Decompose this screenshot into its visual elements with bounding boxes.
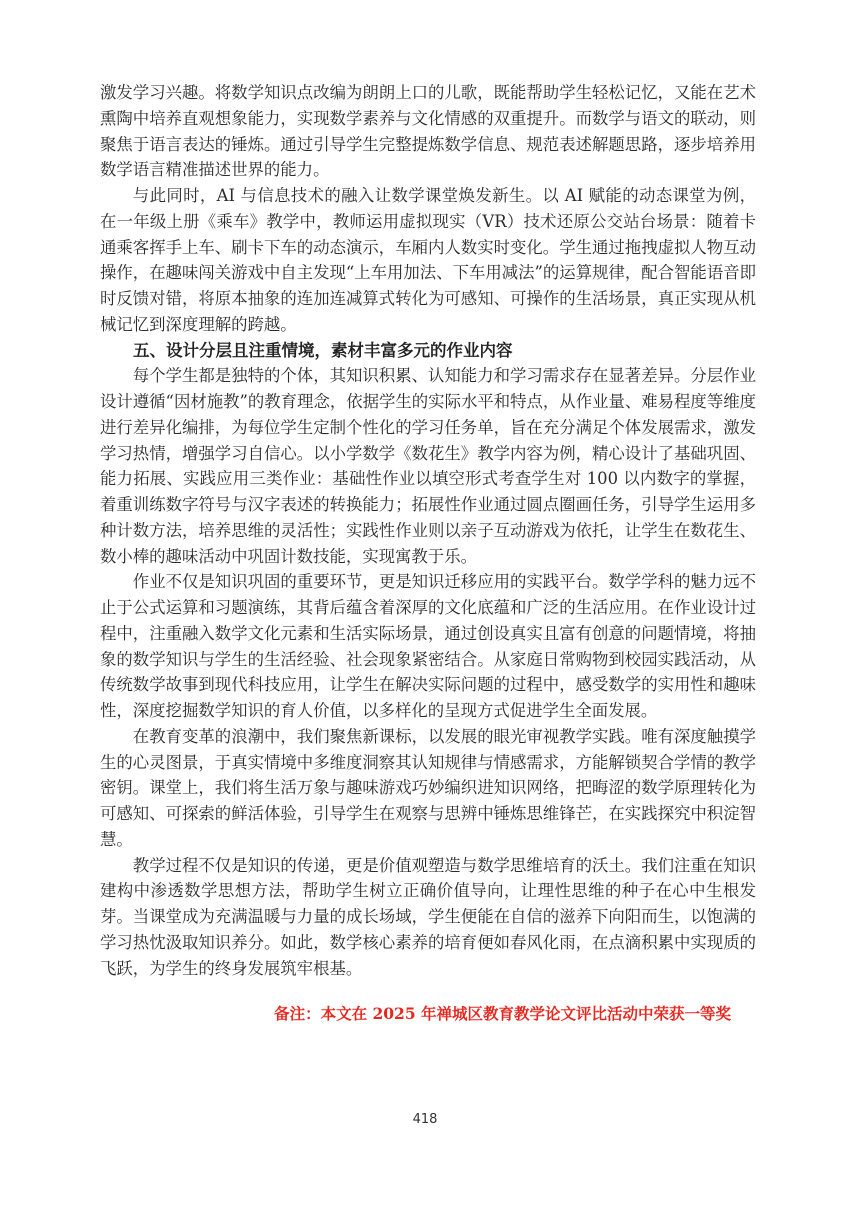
paragraph: 激发学习兴趣。将数学知识点改编为朗朗上口的儿歌，既能帮助学生轻松记忆，又能在艺术… [100, 80, 756, 183]
page-number: 418 [0, 1112, 850, 1127]
award-note: 备注：本文在 2025 年禅城区教育教学论文评比活动中荣获一等奖 [100, 1001, 756, 1026]
paragraph: 教学过程不仅是知识的传递，更是价值观塑造与数学思维培育的沃土。我们注重在知识建构… [100, 853, 756, 982]
paragraph: 每个学生都是独特的个体，其知识积累、认知能力和学习需求存在显著差异。分层作业设计… [100, 363, 756, 569]
document-body: 激发学习兴趣。将数学知识点改编为朗朗上口的儿歌，既能帮助学生轻松记忆，又能在艺术… [100, 80, 756, 1026]
paragraph: 作业不仅是知识巩固的重要环节，更是知识迁移应用的实践平台。数学学科的魅力远不止于… [100, 569, 756, 724]
paragraph: 与此同时，AI 与信息技术的融入让数学课堂焕发新生。以 AI 赋能的动态课堂为例… [100, 183, 756, 338]
paragraph: 在教育变革的浪潮中，我们聚焦新课标，以发展的眼光审视教学实践。唯有深度触摸学生的… [100, 724, 756, 853]
document-page: 激发学习兴趣。将数学知识点改编为朗朗上口的儿歌，既能帮助学生轻松记忆，又能在艺术… [0, 0, 850, 1205]
section-heading: 五、设计分层且注重情境，素材丰富多元的作业内容 [100, 338, 756, 364]
